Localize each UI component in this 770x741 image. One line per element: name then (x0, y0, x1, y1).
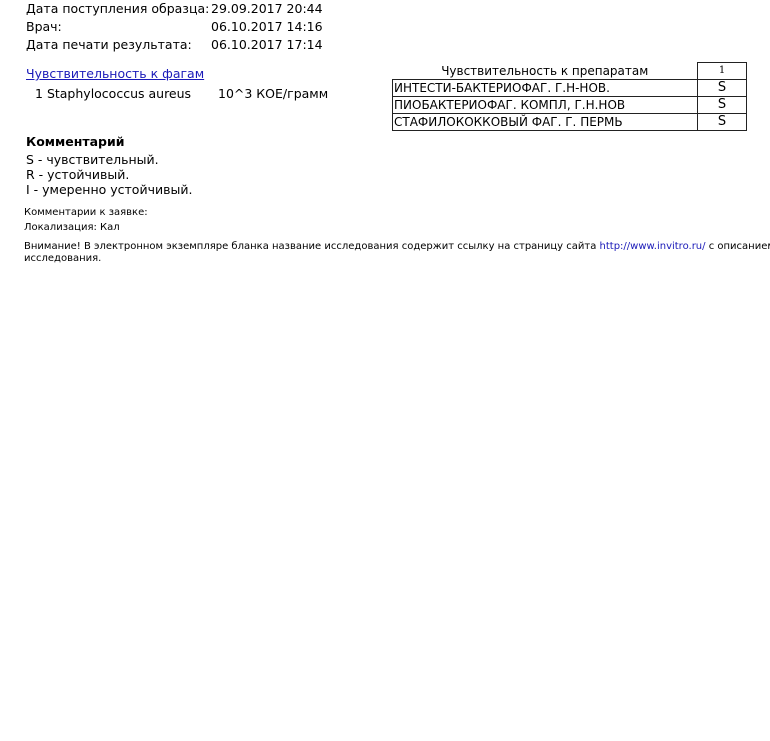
notice-text: Внимание! В электронном экземпляре бланк… (24, 241, 770, 253)
table-row: ИНТЕСТИ-БАКТЕРИОФАГ. Г.Н-НОВ. S (393, 80, 747, 97)
legend-i: I - умеренно устойчивый. (26, 182, 192, 197)
organism-name: Staphylococcus aureus (47, 86, 191, 101)
doctor-value: 06.10.2017 14:16 (211, 18, 323, 36)
invitro-url-link[interactable]: http://www.invitro.ru/ (600, 241, 706, 252)
organism-count: 10^3 КОЕ/грамм (218, 85, 328, 103)
organism-row: 1 Staphylococcus aureus (35, 85, 191, 103)
drug-result: S (698, 80, 747, 97)
drug-name: ИНТЕСТИ-БАКТЕРИОФАГ. Г.Н-НОВ. (393, 80, 698, 97)
phage-sensitivity-link[interactable]: Чувствительность к фагам (26, 65, 204, 83)
drug-name: ПИОБАКТЕРИОФАГ. КОМПЛ, Г.Н.НОВ (393, 97, 698, 114)
table-row: ПИОБАКТЕРИОФАГ. КОМПЛ, Г.Н.НОВ S (393, 97, 747, 114)
drug-sensitivity-table: Чувствительность к препаратам 1 ИНТЕСТИ-… (392, 62, 747, 131)
localization-text: Локализация: Кал (24, 222, 120, 234)
request-comments-label: Комментарии к заявке: (24, 207, 148, 219)
table-title: Чувствительность к препаратам (393, 63, 698, 80)
notice-after: с описанием (706, 241, 770, 252)
sample-received-value: 29.09.2017 20:44 (211, 0, 323, 18)
drug-result: S (698, 97, 747, 114)
notice-line2: исследования. (24, 253, 101, 265)
notice-before: Внимание! В электронном экземпляре бланк… (24, 241, 600, 252)
legend-r: R - устойчивый. (26, 167, 129, 182)
drug-name: СТАФИЛОКОККОВЫЙ ФАГ. Г. ПЕРМЬ (393, 114, 698, 131)
table-row: СТАФИЛОКОККОВЫЙ ФАГ. Г. ПЕРМЬ S (393, 114, 747, 131)
print-date-label: Дата печати результата: (26, 36, 192, 54)
comment-title: Комментарий (26, 133, 125, 151)
column-header: 1 (698, 63, 747, 80)
organism-index: 1 (35, 86, 43, 101)
table-header-row: Чувствительность к препаратам 1 (393, 63, 747, 80)
doctor-label: Врач: (26, 18, 62, 36)
drug-result: S (698, 114, 747, 131)
legend-s: S - чувствительный. (26, 152, 159, 167)
print-date-value: 06.10.2017 17:14 (211, 36, 323, 54)
sample-received-label: Дата поступления образца: (26, 0, 209, 18)
